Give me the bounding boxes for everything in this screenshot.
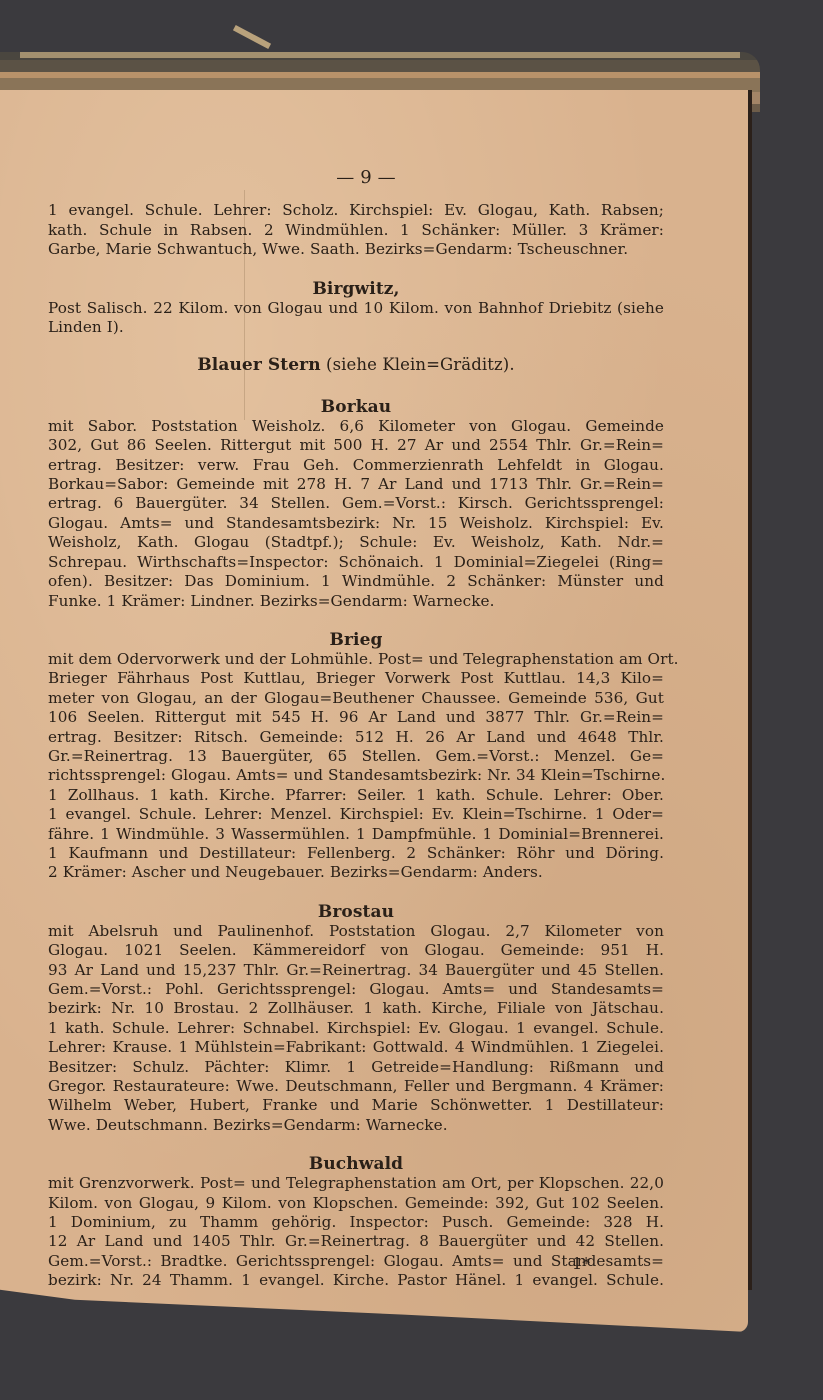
entry-brieg: Brieg mit dem Odervorwerk und der Lohmüh…: [48, 631, 664, 883]
text-line: 1 Kaufmann und Destillateur: Fellenberg.…: [48, 844, 664, 863]
text-line: Besitzer: Schulz. Pächter: Klimr. 1 Getr…: [48, 1058, 664, 1077]
text-line: Wilhelm Weber, Hubert, Franke und Marie …: [48, 1096, 664, 1115]
text-line: ofen). Besitzer: Das Dominium. 1 Windmüh…: [48, 572, 664, 591]
entry-body: mit Abelsruh und Paulinenhof. Poststatio…: [48, 922, 664, 1135]
entry-borkau: Borkau mit Sabor. Poststation Weisholz. …: [48, 398, 664, 611]
text-line: mit dem Odervorwerk und der Lohmühle. Po…: [48, 650, 664, 669]
text-line: Borkau=Sabor: Gemeinde mit 278 H. 7 Ar L…: [48, 475, 664, 494]
entry-body: Post Salisch. 22 Kilom. von Glogau und 1…: [48, 299, 664, 338]
text-line: ertrag. 6 Bauergüter. 34 Stellen. Gem.=V…: [48, 494, 664, 513]
text-line: Weisholz, Kath. Glogau (Stadtpf.); Schul…: [48, 533, 664, 552]
text-line: 2 Krämer: Ascher und Neugebauer. Bezirks…: [48, 863, 664, 882]
text-line: bezirk: Nr. 10 Brostau. 2 Zollhäuser. 1 …: [48, 999, 664, 1018]
text-line: fähre. 1 Windmühle. 3 Wassermühlen. 1 Da…: [48, 825, 664, 844]
entry-crossref: (siehe Klein=Gräditz).: [326, 355, 515, 374]
entry-blauer-stern: Blauer Stern (siehe Klein=Gräditz).: [48, 355, 664, 375]
bookmark-tab: [233, 25, 271, 49]
entry-body: mit dem Odervorwerk und der Lohmühle. Po…: [48, 650, 664, 883]
text-line: Glogau. 1021 Seelen. Kämmereidorf von Gl…: [48, 941, 664, 960]
text-line: ertrag. Besitzer: verw. Frau Geh. Commer…: [48, 456, 664, 475]
entry-title: Brieg: [48, 631, 664, 650]
entry-title: Borkau: [48, 398, 664, 417]
text-line: 1 evangel. Schule. Lehrer: Scholz. Kirch…: [48, 201, 664, 220]
text-line: Gregor. Restaurateure: Wwe. Deutschmann,…: [48, 1077, 664, 1096]
text-line: 1 evangel. Schule. Lehrer: Menzel. Kirch…: [48, 805, 664, 824]
text-line: Lehrer: Krause. 1 Mühlstein=Fabrikant: G…: [48, 1038, 664, 1057]
text-line: bezirk: Nr. 24 Thamm. 1 evangel. Kirche.…: [48, 1271, 664, 1290]
text-line: 12 Ar Land und 1405 Thlr. Gr.=Reinertrag…: [48, 1232, 664, 1251]
text-line: 1 Dominium, zu Thamm gehörig. Inspector:…: [48, 1213, 664, 1232]
text-line: Funke. 1 Krämer: Lindner. Bezirks=Gendar…: [48, 592, 664, 611]
page-content: — 9 — 1 evangel. Schule. Lehrer: Scholz.…: [48, 168, 664, 1291]
entry-birgwitz: Birgwitz, Post Salisch. 22 Kilom. von Gl…: [48, 280, 664, 338]
text-line: Brieger Fährhaus Post Kuttlau, Brieger V…: [48, 669, 664, 688]
text-line: mit Grenzvorwerk. Post= und Telegraphens…: [48, 1174, 664, 1193]
text-line: Garbe, Marie Schwantuch, Wwe. Saath. Bez…: [48, 240, 664, 259]
text-line: mit Abelsruh und Paulinenhof. Poststatio…: [48, 922, 664, 941]
printer-signature: 1*: [572, 1254, 590, 1273]
entry-title: Buchwald: [48, 1155, 664, 1174]
text-line: 1 Zollhaus. 1 kath. Kirche. Pfarrer: Sei…: [48, 786, 664, 805]
text-line: Linden I).: [48, 318, 664, 337]
text-line: richtssprengel: Glogau. Amts= und Stande…: [48, 766, 664, 785]
intro-paragraph: 1 evangel. Schule. Lehrer: Scholz. Kirch…: [48, 201, 664, 259]
text-line: Gr.=Reinertrag. 13 Bauergüter, 65 Stelle…: [48, 747, 664, 766]
text-line: Gem.=Vorst.: Pohl. Gerichtssprengel: Glo…: [48, 980, 664, 999]
binding-strip: [20, 52, 740, 58]
entry-body: mit Grenzvorwerk. Post= und Telegraphens…: [48, 1174, 664, 1290]
entry-title: Brostau: [48, 903, 664, 922]
text-line: 106 Seelen. Rittergut mit 545 H. 96 Ar L…: [48, 708, 664, 727]
text-line: Glogau. Amts= und Standesamtsbezirk: Nr.…: [48, 514, 664, 533]
text-line: Schrepau. Wirthschafts=Inspector: Schöna…: [48, 553, 664, 572]
entry-title: Birgwitz,: [48, 280, 664, 299]
text-line: mit Sabor. Poststation Weisholz. 6,6 Kil…: [48, 417, 664, 436]
text-line: kath. Schule in Rabsen. 2 Windmühlen. 1 …: [48, 221, 664, 240]
entry-brostau: Brostau mit Abelsruh und Paulinenhof. Po…: [48, 903, 664, 1135]
text-line: 93 Ar Land und 15,237 Thlr. Gr.=Reinertr…: [48, 961, 664, 980]
text-line: Post Salisch. 22 Kilom. von Glogau und 1…: [48, 299, 664, 318]
text-line: meter von Glogau, an der Glogau=Beuthene…: [48, 689, 664, 708]
page-number: — 9 —: [68, 168, 664, 187]
entry-body: mit Sabor. Poststation Weisholz. 6,6 Kil…: [48, 417, 664, 611]
entry-title: Blauer Stern: [197, 355, 320, 375]
text-line: 302, Gut 86 Seelen. Rittergut mit 500 H.…: [48, 436, 664, 455]
text-line: Kilom. von Glogau, 9 Kilom. von Klopsche…: [48, 1194, 664, 1213]
text-line: ertrag. Besitzer: Ritsch. Gemeinde: 512 …: [48, 728, 664, 747]
text-line: 1 kath. Schule. Lehrer: Schnabel. Kirchs…: [48, 1019, 664, 1038]
text-line: Wwe. Deutschmann. Bezirks=Gendarm: Warne…: [48, 1116, 664, 1135]
